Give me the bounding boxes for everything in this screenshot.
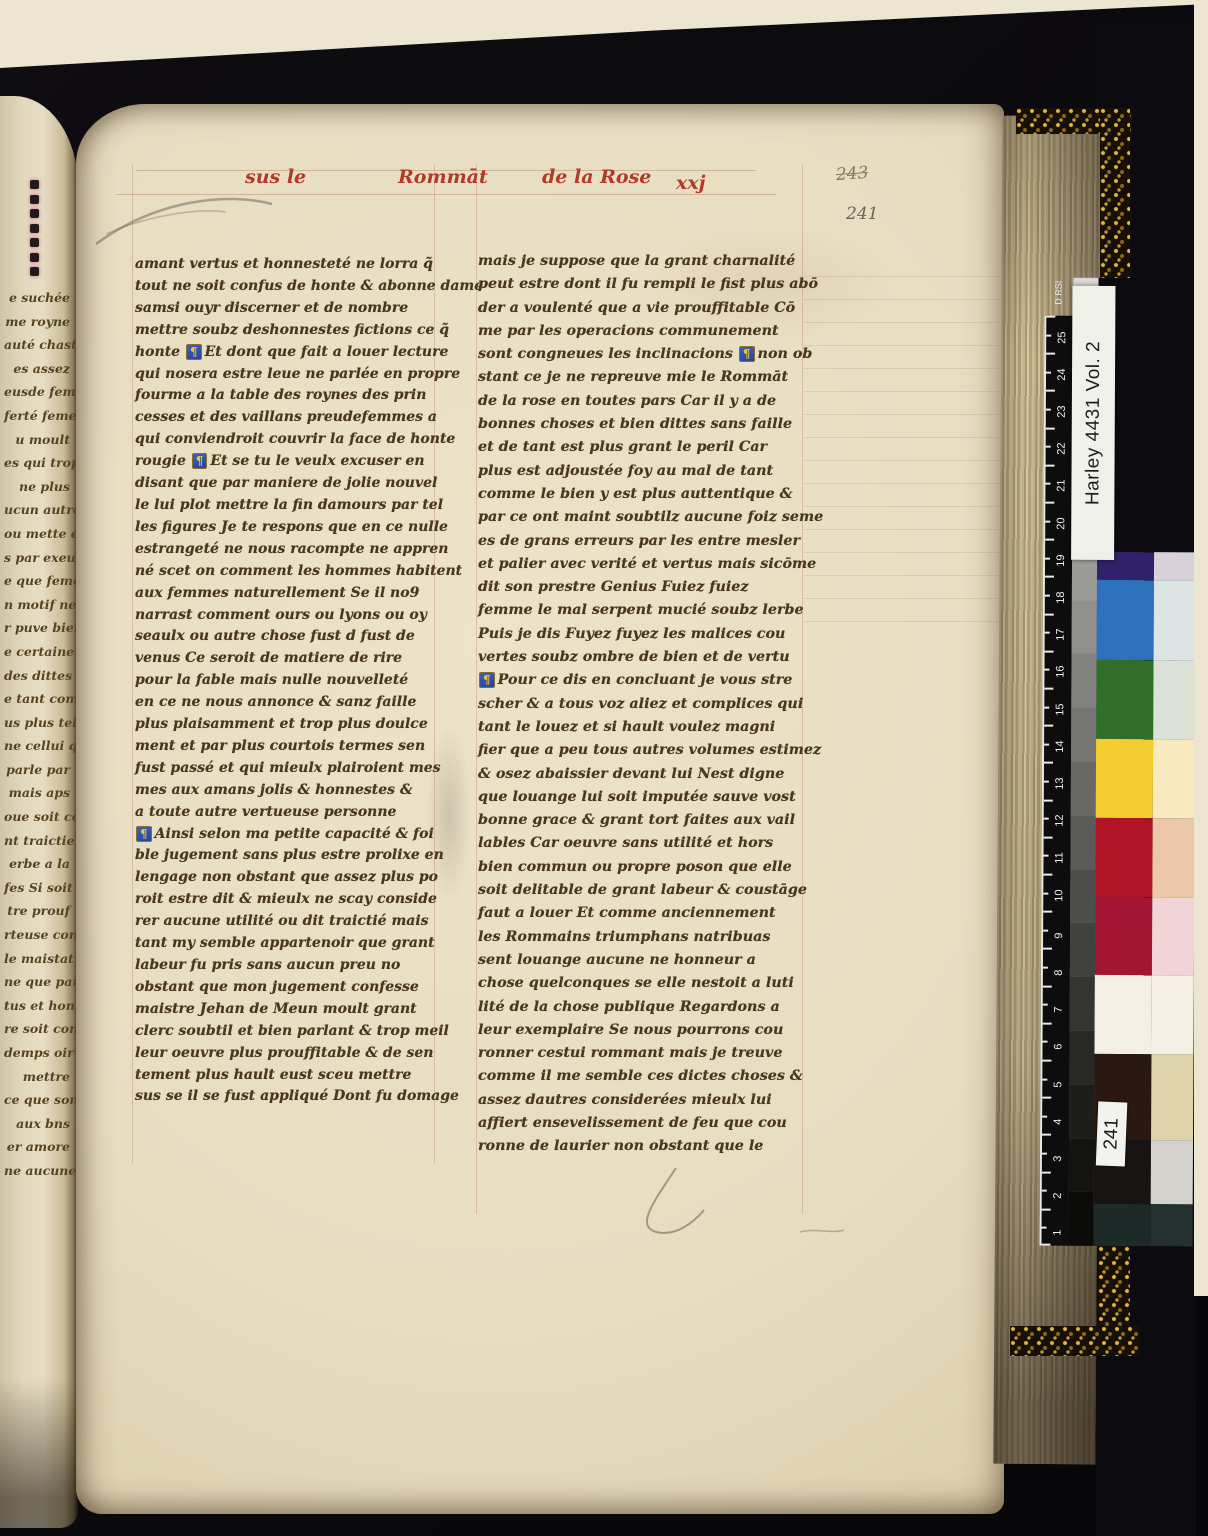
folio-number-sticker-text: 241 (1100, 1118, 1123, 1151)
text-line: amant vertus et honnesteté ne lorra q̃ (135, 254, 439, 276)
patch-main (1096, 660, 1154, 739)
text-line: estrangeté ne nous racompte ne appren (135, 539, 439, 561)
text-line: narrast comment ours ou lyons ou oy (135, 605, 439, 627)
text-line: lables Car oeuvre sans utilité et hors (478, 832, 804, 855)
ruler-half-tick (1046, 371, 1051, 373)
text-line: en ce ne nous annonce & sanz faille (135, 692, 439, 714)
patch-main (1097, 580, 1155, 660)
ruler-number: 16 (1054, 660, 1066, 678)
patch-pale (1151, 1204, 1193, 1246)
fragment-line: mais aps (4, 781, 70, 805)
ruler-half-tick (1042, 1153, 1047, 1155)
ruler-tick (1043, 911, 1052, 913)
text-line: et palier avec verité et vertus mais sic… (478, 553, 804, 576)
ruling-line (116, 194, 776, 195)
text-line: ¶Ainsi selon ma petite capacité & foi (135, 824, 439, 846)
patch-pale (1152, 975, 1194, 1054)
photo-border-right (1194, 0, 1208, 1296)
text-line: ble jugement sans plus estre prolixe en (135, 845, 439, 867)
text-line: scher & a tous voz aliez et complices qu… (478, 693, 804, 716)
text-line: faut a louer Et comme anciennement (478, 902, 804, 925)
text-line: leur oeuvre plus prouffitable & de sen (135, 1043, 439, 1065)
fragment-line: le maistat (4, 947, 70, 971)
ruler-half-tick (1045, 483, 1050, 485)
text-line: mes aux amans jolis & honnestes & (135, 780, 439, 802)
ruler-tick (1043, 1022, 1052, 1024)
fragment-line: es qui trop (4, 451, 70, 475)
ruler-tick (1045, 539, 1054, 541)
ruler-half-tick (1046, 446, 1051, 448)
text-line: soit delitable de grant labeur & coustāg… (478, 879, 804, 902)
old-foliation-pencil: 243 (835, 163, 869, 185)
fragment-line: fes Si soit (4, 876, 70, 900)
patch-row (1095, 897, 1194, 976)
text-line: roit estre dit & mieulx ne scay conside (135, 889, 439, 911)
ruler-half-tick (1044, 855, 1049, 857)
patch-main (1094, 975, 1152, 1054)
text-line: stant ce je ne repreuve mie le Rommāt (478, 366, 804, 389)
ruler-top-label: D RSI (1053, 281, 1063, 305)
fragment-line: ou mette en (4, 522, 70, 546)
ruler-number: 25 (1056, 325, 1068, 343)
ruler-half-tick (1045, 557, 1050, 559)
gray-step (1072, 600, 1097, 654)
ruler-half-tick (1043, 1004, 1048, 1006)
text-line: sus se il se fust appliqué Dont fu domag… (135, 1086, 439, 1108)
ruler-tick (1042, 1097, 1051, 1099)
text-line: der a voulenté que a vie prouffitable Cō (478, 297, 804, 320)
paraph-initial: ¶ (479, 672, 495, 688)
shelfmark-label: Harley 4431 Vol. 2 (1071, 286, 1115, 560)
gray-step (1070, 869, 1095, 923)
text-line: sont congneues les inclinacions ¶non ob (478, 343, 804, 366)
text-line: bonnes choses et bien dittes sans faille (478, 413, 804, 436)
ruler-tick (1045, 650, 1054, 652)
fragment-line: me royne (4, 310, 70, 334)
patch-pale (1151, 1140, 1193, 1204)
text-line: pour la fable mais nulle nouvelleté (135, 670, 439, 692)
text-line: vertes soubz ombre de bien et de vertu (478, 646, 804, 669)
ruler-tick (1043, 948, 1052, 950)
ruler-tick (1043, 874, 1052, 876)
text-line: tant le louez et si hault voulez magni (478, 716, 804, 739)
ruler-half-tick (1046, 334, 1051, 336)
ruling-line (132, 164, 133, 1164)
patch-pale (1153, 739, 1195, 818)
fragment-line: ne que par (4, 970, 70, 994)
gray-step (1071, 654, 1096, 708)
ruler-number: 4 (1052, 1106, 1064, 1124)
text-line: les figures Je te respons que en ce null… (135, 517, 439, 539)
text-line: ronner cestui rommant mais je treuve (478, 1042, 804, 1065)
text-line: labeur fu pris sans aucun preu no (135, 955, 439, 977)
text-column-left: amant vertus et honnesteté ne lorra q̃to… (135, 254, 439, 1108)
fragment-line: ne aucune (4, 1159, 70, 1183)
text-line: mais je suppose que la grant charnalité (478, 250, 804, 273)
patch-row (1096, 660, 1195, 740)
ruler-number: 12 (1054, 809, 1066, 827)
patch-row (1096, 739, 1195, 819)
ruler-half-tick (1044, 706, 1049, 708)
text-line: & osez abaissier devant lui Nest digne (478, 763, 804, 786)
text-line: Puis je dis Fuyez fuyez les malices cou (478, 623, 804, 646)
text-line: sent louange aucune ne honneur a (478, 949, 804, 972)
shelfmark-label-text: Harley 4431 Vol. 2 (1082, 341, 1105, 505)
ruler-tick (1042, 1208, 1051, 1210)
fragment-line: rteuse con (4, 923, 70, 947)
rubric-word: de la Rose (542, 166, 651, 188)
text-line: dit son prestre Genius Fuiez fuiez (478, 576, 804, 599)
text-line: qui nosera estre leue ne parlée en propr… (135, 364, 439, 386)
text-line: peut estre dont il fu rempli le fist plu… (478, 273, 804, 296)
ruler-half-tick (1042, 1190, 1047, 1192)
fragment-line: erbe a la (4, 852, 70, 876)
fragment-line: e certaine (4, 640, 70, 664)
ruler-tick (1041, 1244, 1050, 1246)
text-line: aux femmes naturellement Se il no9 (135, 583, 439, 605)
text-line: venus Ce seroit de matiere de rire (135, 648, 439, 670)
ruler-half-tick (1044, 743, 1049, 745)
quire-dot (30, 180, 39, 189)
fragment-line: e tant come (4, 687, 70, 711)
text-line: maistre Jehan de Meun moult grant (135, 999, 439, 1021)
fragment-line: tus et hon (4, 994, 70, 1018)
text-line: affiert ensevelissement de feu que cou (478, 1112, 804, 1135)
gray-step (1069, 1031, 1094, 1085)
paraph-initial: ¶ (186, 344, 202, 360)
ruler-number: 1 (1052, 1218, 1064, 1236)
text-line: obstant que mon jugement confesse (135, 977, 439, 999)
text-line: lité de la chose publique Regardons a (478, 996, 804, 1019)
ruler-half-tick (1043, 967, 1048, 969)
fragment-line: ce que son (4, 1088, 70, 1112)
ruler-tick (1046, 427, 1055, 429)
ruler-number: 19 (1055, 548, 1067, 566)
ruler-tick (1044, 799, 1053, 801)
manuscript-page-folio-241: sus le Rommāt de la Rose xxj 243 241 ama… (76, 104, 1004, 1514)
text-line: fourme a la table des roynes des prin (135, 385, 439, 407)
ruler-half-tick (1042, 1227, 1047, 1229)
gray-step (1071, 708, 1096, 762)
text-line: qui conviendroit couvrir la face de hont… (135, 429, 439, 451)
text-line: plus plaisamment et trop plus doulce (135, 714, 439, 736)
ruler-number: 24 (1056, 362, 1068, 380)
text-line: a toute autre vertueuse personne (135, 802, 439, 824)
fragment-line: ne plus (4, 475, 70, 499)
ruler-tick (1046, 316, 1055, 318)
text-line: cesses et des vaillans preudefemmes a (135, 407, 439, 429)
fragment-line: mettre (4, 1065, 70, 1089)
text-line: leur exemplaire Se nous pourrons cou (478, 1019, 804, 1042)
ruler-tick (1042, 1171, 1051, 1173)
text-line: comme le bien y est plus auttentique & (478, 483, 804, 506)
gray-step (1069, 1084, 1094, 1138)
ruler-tick (1042, 1134, 1051, 1136)
ruler-number: 5 (1052, 1069, 1064, 1087)
quire-dot (30, 267, 39, 276)
patch-main (1096, 739, 1154, 818)
ruler-number: 9 (1053, 920, 1065, 938)
ruler-number: 23 (1056, 400, 1068, 418)
folio-number-sticker: 241 (1096, 1101, 1128, 1166)
patch-pale (1151, 1054, 1193, 1140)
fragment-line: e que feme (4, 569, 70, 593)
patch-pale (1153, 818, 1195, 897)
ruler-tick (1045, 502, 1054, 504)
ruler-half-tick (1043, 892, 1048, 894)
gray-step (1069, 1138, 1094, 1192)
ruler-tick (1044, 836, 1053, 838)
text-line: disant que par maniere de jolie nouvel (135, 473, 439, 495)
fragment-line: ucun autre (4, 498, 70, 522)
ruler-tick (1046, 390, 1055, 392)
text-line: et de tant est plus grant le peril Car (478, 436, 804, 459)
ruler-half-tick (1043, 929, 1048, 931)
patch-main (1095, 818, 1153, 897)
text-line: samsi ouyr discerner et de nombre (135, 298, 439, 320)
text-line: ¶Pour ce dis en concluant je vous stre (478, 669, 804, 692)
text-line: chose quelconques se elle nestoit a luti (478, 972, 804, 995)
ruler-number: 3 (1052, 1144, 1064, 1162)
text-line: es de grans erreurs par les entre mesler (478, 530, 804, 553)
rubric-quire-numeral: xxj (676, 172, 706, 194)
patch-pale (1154, 580, 1196, 660)
ruler-half-tick (1045, 520, 1050, 522)
gray-step (1070, 816, 1095, 870)
current-foliation-pencil: 241 (846, 204, 878, 224)
fragment-line: demps oir (4, 1041, 70, 1065)
text-line: le lui plot mettre la fin damours par te… (135, 495, 439, 517)
ruler-half-tick (1045, 632, 1050, 634)
ruler-number: 7 (1053, 995, 1065, 1013)
text-line: mettre soubz deshonnestes fictions ce q̃ (135, 320, 439, 342)
fragment-line: oue soit con (4, 805, 70, 829)
paraph-initial: ¶ (136, 826, 152, 842)
patch-main (1093, 1204, 1151, 1246)
fragment-line: e suchée (4, 286, 70, 310)
ruler-tick (1044, 688, 1053, 690)
text-line: seaulx ou autre chose fust d fust de (135, 626, 439, 648)
ruler-number: 14 (1054, 734, 1066, 752)
patch-row (1094, 975, 1193, 1055)
ruler-number: 18 (1055, 586, 1067, 604)
rubric-word: Rommāt (398, 166, 488, 188)
text-line: tement plus hault eust sceu mettre (135, 1065, 439, 1087)
ruler-tick (1045, 613, 1054, 615)
ruling-line (476, 164, 477, 1214)
text-line: les Rommains triumphans natribuas (478, 926, 804, 949)
fragment-line: nt traictie (4, 829, 70, 853)
text-line: tout ne soit confus de honte & abonne da… (135, 276, 439, 298)
gray-step (1071, 762, 1096, 816)
fragment-line: s par exeu (4, 546, 70, 570)
ruler-number: 15 (1054, 697, 1066, 715)
text-line: ment et par plus courtois termes sen (135, 736, 439, 758)
text-line: tant my semble appartenoir que grant (135, 933, 439, 955)
fragment-line: er amore (4, 1135, 70, 1159)
fragment-line: ferté feme (4, 404, 70, 428)
text-line: fier que a peu tous autres volumes estim… (478, 739, 804, 762)
text-line: plus est adjoustée foy au mal de tant (478, 460, 804, 483)
quire-dot (30, 209, 39, 218)
fragment-line: re soit con (4, 1017, 70, 1041)
quire-dot (30, 253, 39, 262)
text-line: rougie ¶Et se tu le veulx excuser en (135, 451, 439, 473)
text-line: par ce ont maint soubtilz aucune foiz se… (478, 506, 804, 529)
patch-pale (1154, 660, 1196, 739)
ruler-half-tick (1042, 1078, 1047, 1080)
fragment-line: eusde fem (4, 380, 70, 404)
ruler-half-tick (1045, 595, 1050, 597)
ruler-number: 8 (1053, 958, 1065, 976)
fragment-line: u moult (4, 428, 70, 452)
patch-row (1097, 580, 1196, 661)
patch-pale (1152, 897, 1194, 975)
text-column-right: mais je suppose que la grant charnalitép… (478, 250, 804, 1159)
ruler-half-tick (1042, 1115, 1047, 1117)
quire-dot (30, 224, 39, 233)
text-line: que louange lui soit imputée sauve vost (478, 786, 804, 809)
gilt-tooling-bottom (1010, 1326, 1140, 1356)
text-line: bien commun ou propre poson que elle (478, 856, 804, 879)
quire-dot (30, 195, 39, 204)
ruler-number: 2 (1052, 1181, 1064, 1199)
text-line: honte ¶Et dont que fait a louer lecture (135, 342, 439, 364)
text-line: de la rose en toutes pars Car il y a de (478, 390, 804, 413)
ruler-half-tick (1043, 1041, 1048, 1043)
previous-folio-edge: e suchéeme royneauté chastes assezeusde … (0, 96, 78, 1528)
ruler-tick (1043, 985, 1052, 987)
fragment-line: auté chast (4, 333, 70, 357)
ruler-number: 6 (1052, 1032, 1064, 1050)
gray-step (1070, 923, 1095, 977)
ruler-tick (1044, 725, 1053, 727)
ruler-number: 22 (1056, 437, 1068, 455)
fragment-line: r puve bien (4, 616, 70, 640)
text-line: lengage non obstant que assez plus po (135, 867, 439, 889)
text-line: clerc soubtil et bien parlant & trop mei… (135, 1021, 439, 1043)
patch-row (1095, 818, 1194, 898)
fragment-line: tre prouf (4, 899, 70, 923)
ruler-number: 21 (1055, 474, 1067, 492)
ruler-number: 10 (1053, 883, 1065, 901)
patch-main (1095, 897, 1153, 975)
color-calibration-chart: 2524232221201918171615141312111098765432… (1039, 278, 1197, 1247)
ruler-tick (1045, 576, 1054, 578)
text-line: rer aucune utilité ou dit traictié mais (135, 911, 439, 933)
rubric-word: sus le (245, 166, 306, 188)
text-line: assez dautres considerées mieulx lui (478, 1089, 804, 1112)
fragment-line: es assez (4, 357, 70, 381)
fragment-line: parle par (4, 758, 70, 782)
ruler-number: 11 (1053, 846, 1065, 864)
fragment-line: us plus tel (4, 711, 70, 735)
ruler-tick (1042, 1060, 1051, 1062)
gray-step (1068, 1192, 1093, 1246)
paraph-initial: ¶ (192, 453, 208, 469)
patch-row (1093, 1204, 1192, 1247)
ruler-number: 13 (1054, 772, 1066, 790)
text-line: né scet on comment les hommes habitent (135, 561, 439, 583)
facing-page-text-fragments: e suchéeme royneauté chastes assezeusde … (4, 286, 70, 1183)
ruler-half-tick (1044, 781, 1049, 783)
ruler-number: 20 (1055, 511, 1067, 529)
text-line: fust passé et qui mieulx plairoient mes (135, 758, 439, 780)
patch-pale (1154, 552, 1196, 580)
text-line: bonne grace & grant tort faites aux vail (478, 809, 804, 832)
ruler-tick (1046, 464, 1055, 466)
ruler-half-tick (1046, 409, 1051, 411)
ruler-number: 17 (1055, 623, 1067, 641)
text-line: ronne de laurier non obstant que le (478, 1135, 804, 1158)
photograph-of-manuscript-opening: e suchéeme royneauté chastes assezeusde … (0, 0, 1208, 1536)
gray-step (1070, 977, 1095, 1031)
quire-dot (30, 238, 39, 247)
ruler-half-tick (1044, 669, 1049, 671)
ruler-tick (1044, 762, 1053, 764)
paraph-initial: ¶ (739, 346, 755, 362)
ruler-half-tick (1044, 818, 1049, 820)
fragment-line: aux bns (4, 1112, 70, 1136)
text-line: femme le mal serpent mucié soubz lerbe (478, 599, 804, 622)
fragment-line: des dittes (4, 664, 70, 688)
text-line: me par les operacions communement (478, 320, 804, 343)
ruler-tick (1046, 353, 1055, 355)
fragment-line: n motif nest (4, 593, 70, 617)
text-line: comme il me semble ces dictes choses & (478, 1065, 804, 1088)
fragment-line: ne cellui q (4, 734, 70, 758)
